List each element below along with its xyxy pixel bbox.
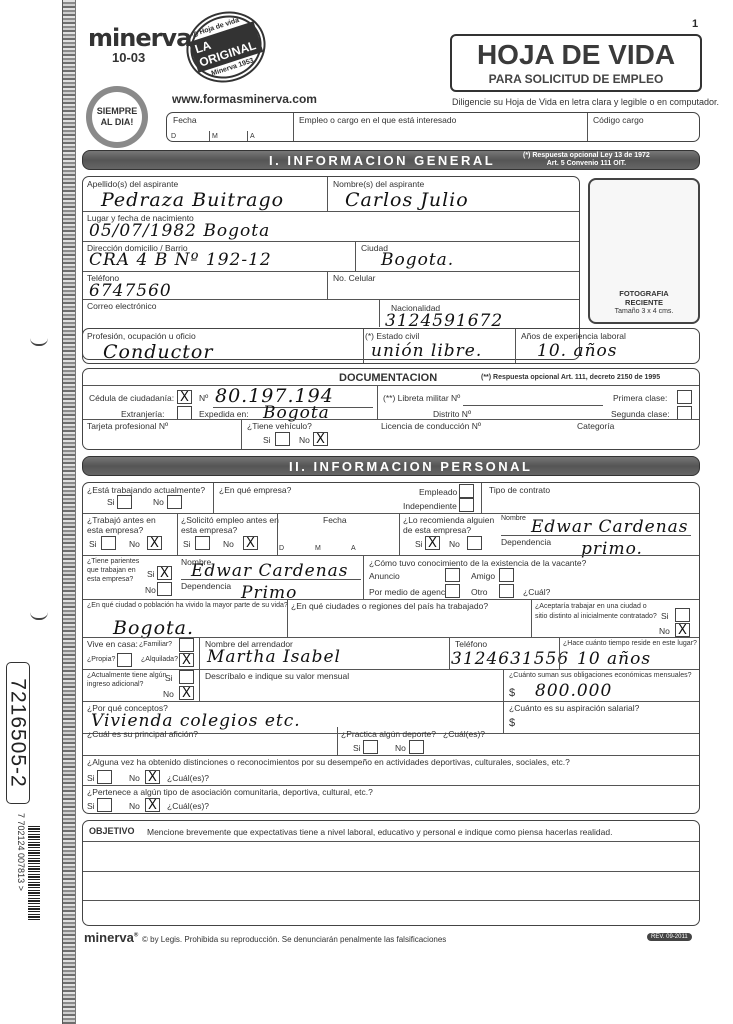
profesion-value[interactable]: Conductor (103, 341, 213, 363)
instructions: Diligencie su Hoja de Vida en letra clar… (452, 97, 719, 107)
original-stamp: Hoja de vida LA ORIGINAL Minerva 1953 (177, 1, 275, 92)
barcode-bars (28, 825, 40, 920)
barcode-number: 7 702124 007813 > (16, 813, 26, 923)
header-fields-box: Fecha D M A Empleo o cargo en el que est… (166, 112, 700, 142)
footer-copyright: © by Legis. Prohibida su reproducción. S… (142, 935, 446, 944)
codigo-cargo-input[interactable] (588, 113, 698, 141)
side-serial-code: 7216505-2 (6, 662, 30, 804)
experiencia-value[interactable]: 10. años (537, 341, 617, 361)
apellidos-value[interactable]: Pedraza Buitrago (101, 189, 284, 211)
parientes-no-checkbox[interactable] (157, 582, 172, 596)
independiente-checkbox[interactable] (459, 498, 474, 512)
solicito-si-checkbox[interactable] (195, 536, 210, 550)
empleado-checkbox[interactable] (459, 484, 474, 498)
objetivo-box: OBJETIVO Mencione brevemente que expecta… (82, 820, 700, 926)
asociacion-no-checkbox[interactable]: X (145, 798, 160, 812)
alquilada-checkbox[interactable]: X (179, 653, 194, 667)
agencia-checkbox[interactable] (445, 584, 460, 598)
familiar-checkbox[interactable] (179, 638, 194, 652)
title-box: HOJA DE VIDA PARA SOLICITUD DE EMPLEO (450, 34, 702, 92)
asociacion-si-checkbox[interactable] (97, 798, 112, 812)
estado-civil-value[interactable]: unión libre. (371, 341, 482, 361)
vehiculo-no-checkbox[interactable]: X (313, 432, 328, 446)
fecha-input[interactable] (167, 113, 293, 141)
amigo-checkbox[interactable] (499, 568, 514, 582)
footer-brand-logo: minerva® (84, 930, 138, 945)
brand-logo: minerva® (88, 24, 198, 52)
nombres-value[interactable]: Carlos Julio (345, 189, 469, 211)
punch-hole (30, 338, 48, 346)
distinciones-no-checkbox[interactable]: X (145, 770, 160, 784)
arrendador-value[interactable]: Martha Isabel (207, 647, 341, 667)
siempre-al-dia-seal: SIEMPREAL DIA! (86, 86, 148, 148)
obligaciones-value[interactable]: 800.000 (535, 681, 612, 701)
personal-info-box: ¿Está trabajando actualmente? Si No ¿En … (82, 482, 700, 814)
page-title: HOJA DE VIDA (452, 38, 700, 72)
website-url[interactable]: www.formasminerva.com (172, 92, 317, 106)
recomienda-dependencia-value[interactable]: primo. (581, 539, 643, 559)
recomienda-no-checkbox[interactable] (467, 536, 482, 550)
ciudad-vivido-value[interactable]: Bogota. (113, 617, 194, 639)
conceptos-value[interactable]: Vivienda colegios etc. (91, 711, 301, 731)
section-personal-header: II. INFORMACION PERSONAL (82, 456, 700, 476)
parientes-nombre-value[interactable]: Edwar Cardenas (191, 561, 349, 581)
documentacion-title: DOCUMENTACION (339, 372, 437, 384)
page-number: 1 (692, 18, 698, 30)
form-code: 10-03 (112, 50, 145, 65)
expedida-value[interactable]: Bogota (263, 403, 330, 423)
vehiculo-si-checkbox[interactable] (275, 432, 290, 446)
barcode: 7 702124 007813 > (6, 815, 48, 925)
otro-checkbox[interactable] (499, 584, 514, 598)
correo-input[interactable] (83, 300, 379, 326)
parientes-dependencia-value[interactable]: Primo (241, 583, 297, 603)
tiempo-residencia-value[interactable]: 10 años (577, 649, 651, 669)
aceptaria-si-checkbox[interactable] (675, 608, 690, 622)
revision-badge: REV. 09-2011 (647, 933, 692, 941)
trabajando-no-checkbox[interactable] (167, 495, 182, 509)
ciudad-value[interactable]: Bogota. (381, 250, 454, 270)
trabajo-antes-si-checkbox[interactable] (101, 536, 116, 550)
anuncio-checkbox[interactable] (445, 568, 460, 582)
distinciones-si-checkbox[interactable] (97, 770, 112, 784)
photo-box[interactable]: FOTOGRAFIARECIENTE Tamaño 3 x 4 cms. (588, 178, 700, 324)
profession-row: Profesión, ocupación u oficio Conductor … (82, 328, 700, 364)
telefono-value[interactable]: 6747560 (89, 281, 172, 301)
celular-input[interactable] (328, 272, 578, 298)
aceptaria-no-checkbox[interactable]: X (675, 623, 690, 637)
ingreso-si-checkbox[interactable] (179, 670, 194, 684)
ingreso-no-checkbox[interactable]: X (179, 686, 194, 700)
nacimiento-value[interactable]: 05/07/1982 Bogota (89, 221, 270, 241)
trabajando-si-checkbox[interactable] (117, 495, 132, 509)
deporte-no-checkbox[interactable] (409, 740, 424, 754)
parientes-si-checkbox[interactable]: X (157, 566, 172, 580)
propia-checkbox[interactable] (117, 653, 132, 667)
objetivo-textarea[interactable] (83, 842, 699, 924)
punch-hole (30, 612, 48, 620)
deporte-si-checkbox[interactable] (363, 740, 378, 754)
direccion-value[interactable]: CRA 4 B Nº 192-12 (89, 250, 272, 270)
recomienda-nombre-value[interactable]: Edwar Cardenas (531, 517, 689, 537)
arrendador-telefono-value[interactable]: 3124631556 (451, 649, 569, 669)
empleo-input[interactable] (294, 113, 587, 141)
primera-clase-checkbox[interactable] (677, 390, 692, 404)
cedula-checkbox[interactable]: X (177, 390, 192, 404)
objetivo-title: OBJETIVO (89, 826, 135, 836)
documentacion-box: DOCUMENTACION (**) Respuesta opcional Ar… (82, 368, 700, 450)
recomienda-si-checkbox[interactable]: X (425, 536, 440, 550)
section-general-header: I. INFORMACION GENERAL (*) Respuesta opc… (82, 150, 700, 170)
binding-strip (62, 0, 76, 1024)
trabajo-antes-no-checkbox[interactable]: X (147, 536, 162, 550)
extranjeria-checkbox[interactable] (177, 406, 192, 420)
segunda-clase-checkbox[interactable] (677, 406, 692, 420)
solicito-no-checkbox[interactable]: X (243, 536, 258, 550)
page-subtitle: PARA SOLICITUD DE EMPLEO (452, 72, 700, 86)
